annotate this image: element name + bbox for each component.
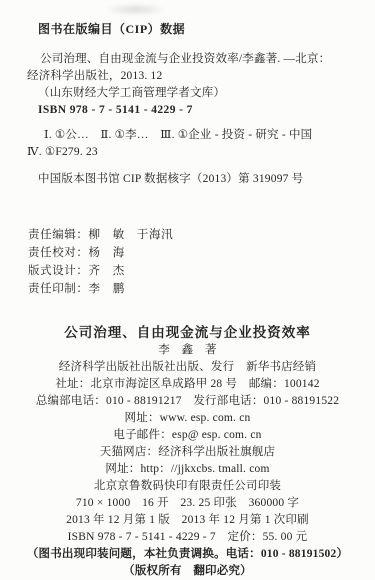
staff-row-print-supervisor: 责任印制：李 鹏	[28, 280, 375, 298]
cip-publisher-line: 经济科学出版社，2013. 12	[27, 68, 375, 85]
cip-classification-line-1: Ⅰ. ①公… Ⅱ. ①李… Ⅲ. ①企业 - 投资 - 研究 - 中国	[44, 127, 375, 144]
tmall-url-line: 网址：http：//jjkxcbs. tmall. com	[0, 461, 375, 478]
book-copyright-page: 图书在版编目（CIP）数据 公司治理、自由现金流与企业投资效率/李鑫著. —北京…	[0, 0, 375, 580]
address-line: 社址：北京市海淀区阜成路甲 28 号 邮编：100142	[0, 376, 375, 393]
isbn-price-line: ISBN 978 - 7 - 5141 - 4229 - 7 定价：55. 00…	[0, 529, 375, 546]
cip-series-line: （山东财经大学工商管理学者文库）	[38, 85, 375, 102]
cip-title-line: 公司治理、自由现金流与企业投资效率/李鑫著. —北京：	[40, 51, 375, 68]
colophon-section: 公司治理、自由现金流与企业投资效率 李 鑫 著 经济科学出版社出版社出版、发行 …	[0, 324, 375, 580]
tmall-store-line: 天猫网店：经济科学出版社旗舰店	[0, 444, 375, 461]
format-sheets-line: 710 × 1000 16 开 23. 25 印张 360000 字	[0, 495, 375, 512]
cip-record-number-line: 中国版本图书馆 CIP 数据核字（2013）第 319097 号	[38, 171, 375, 188]
cip-header: 图书在版编目（CIP）数据	[38, 21, 375, 38]
cip-classification-line-2: Ⅳ. ①F279. 23	[27, 144, 375, 161]
printer-line: 北京京鲁数码快印有限责任公司印装	[0, 478, 375, 495]
copyright-reserved-line: （版权所有 翻印必究）	[0, 563, 375, 580]
staff-credits-section: 责任编辑：柳 敏 于海汛 责任校对：杨 海 版式设计：齐 杰 责任印制：李 鹏	[28, 226, 375, 298]
staff-row-layout-designer: 版式设计：齐 杰	[28, 262, 375, 280]
staff-row-editor: 责任编辑：柳 敏 于海汛	[28, 226, 375, 244]
cip-isbn-line: ISBN 978 - 7 - 5141 - 4229 - 7	[38, 102, 375, 119]
email-line: 电子邮件：esp@ esp. com. cn	[0, 427, 375, 444]
phone-line: 总编部电话：010 - 88191217 发行部电话：010 - 8819152…	[0, 393, 375, 410]
binding-problem-notice-line: （图书出现印装问题，本社负责调换。电话：010 - 88191502）	[0, 546, 375, 563]
author-line: 李 鑫 著	[0, 342, 375, 359]
staff-row-proofreader: 责任校对：杨 海	[28, 244, 375, 262]
website-line: 网址：www. esp. com. cn	[0, 410, 375, 427]
publish-distribute-line: 经济科学出版社出版社出版、发行 新华书店经销	[0, 359, 375, 376]
book-title: 公司治理、自由现金流与企业投资效率	[0, 324, 375, 342]
edition-printing-line: 2013 年 12 月第 1 版 2013 年 12 月第 1 次印刷	[0, 512, 375, 529]
cip-section: 图书在版编目（CIP）数据 公司治理、自由现金流与企业投资效率/李鑫著. —北京…	[0, 0, 375, 188]
